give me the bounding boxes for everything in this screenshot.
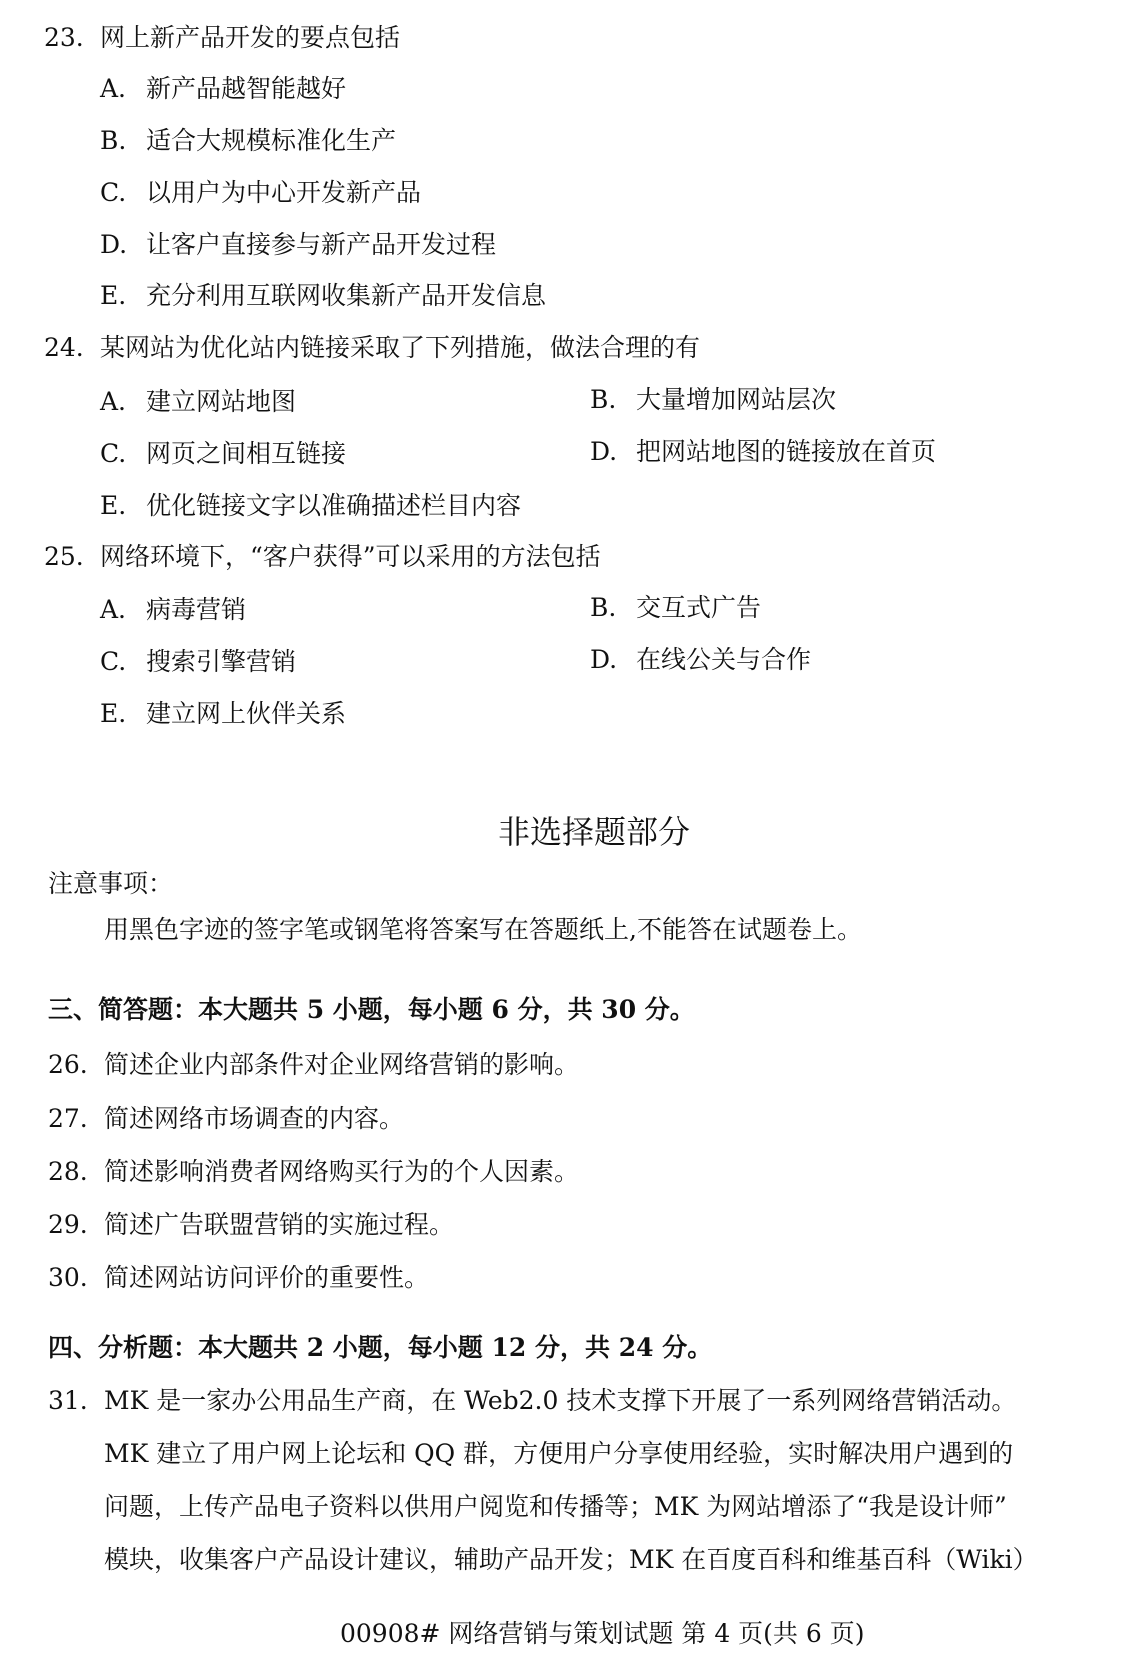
- question-text: 简述影响消费者网络购买行为的个人因素。: [104, 1157, 579, 1186]
- notice-text: 用黑色字迹的签字笔或钢笔将答案写在答题纸上,不能答在试题卷上。: [104, 914, 862, 946]
- option-text: 搜索引擎营销: [146, 647, 296, 676]
- option-text: 建立网站地图: [146, 387, 296, 416]
- option-letter: C.: [100, 177, 146, 209]
- question-26: 26.简述企业内部条件对企业网络营销的影响。: [48, 1049, 579, 1081]
- option-text: 建立网上伙伴关系: [146, 699, 346, 728]
- option-letter: E.: [100, 698, 146, 730]
- option-text: 大量增加网站层次: [636, 385, 836, 414]
- q25-option-b: B.交互式广告: [590, 592, 761, 624]
- q25-option-c: C.搜索引擎营销: [100, 646, 296, 678]
- q23-option-c: C.以用户为中心开发新产品: [100, 177, 421, 209]
- q24-option-b: B.大量增加网站层次: [590, 384, 836, 416]
- question-text: MK 是一家办公用品生产商，在 Web2.0 技术支撑下开展了一系列网络营销活动…: [104, 1386, 1016, 1415]
- question-number: 31.: [48, 1385, 104, 1417]
- q24-option-e: E.优化链接文字以准确描述栏目内容: [100, 490, 521, 522]
- option-letter: C.: [100, 438, 146, 470]
- option-text: 让客户直接参与新产品开发过程: [146, 230, 496, 259]
- short-answer-header: 三、简答题：本大题共 5 小题，每小题 6 分，共 30 分。: [48, 994, 695, 1026]
- option-text: 以用户为中心开发新产品: [146, 178, 421, 207]
- option-letter: E.: [100, 280, 146, 312]
- option-letter: E.: [100, 490, 146, 522]
- question-number: 28.: [48, 1156, 104, 1188]
- q25-option-e: E.建立网上伙伴关系: [100, 698, 346, 730]
- option-letter: A.: [100, 73, 146, 105]
- question-number: 30.: [48, 1262, 104, 1294]
- q23-option-d: D.让客户直接参与新产品开发过程: [100, 229, 496, 261]
- question-31-line-3: 问题，上传产品电子资料以供用户阅览和传播等；MK 为网站增添了“我是设计师”: [104, 1491, 1007, 1523]
- page-footer: 00908# 网络营销与策划试题 第 4 页(共 6 页): [340, 1618, 864, 1650]
- question-27: 27.简述网络市场调查的内容。: [48, 1103, 404, 1135]
- option-text: 新产品越智能越好: [146, 74, 346, 103]
- option-text: 优化链接文字以准确描述栏目内容: [146, 491, 521, 520]
- q24-option-d: D.把网站地图的链接放在首页: [590, 436, 936, 468]
- option-text: 交互式广告: [636, 593, 761, 622]
- option-letter: D.: [590, 436, 636, 468]
- q23-option-b: B.适合大规模标准化生产: [100, 125, 396, 157]
- question-text: 某网站为优化站内链接采取了下列措施，做法合理的有: [100, 333, 700, 362]
- q24-option-c: C.网页之间相互链接: [100, 438, 346, 470]
- option-letter: C.: [100, 646, 146, 678]
- question-31-line-2: MK 建立了用户网上论坛和 QQ 群，方便用户分享使用经验，实时解决用户遇到的: [104, 1438, 1013, 1470]
- question-text: 简述企业内部条件对企业网络营销的影响。: [104, 1050, 579, 1079]
- question-28: 28.简述影响消费者网络购买行为的个人因素。: [48, 1156, 579, 1188]
- option-text: 病毒营销: [146, 595, 246, 624]
- option-letter: A.: [100, 594, 146, 626]
- option-text: 把网站地图的链接放在首页: [636, 437, 936, 466]
- question-number: 25.: [44, 541, 100, 573]
- notice-label: 注意事项：: [48, 868, 173, 900]
- option-text: 在线公关与合作: [636, 645, 811, 674]
- option-text: 适合大规模标准化生产: [146, 126, 396, 155]
- option-text: 网页之间相互链接: [146, 439, 346, 468]
- question-31-line-1: 31.MK 是一家办公用品生产商，在 Web2.0 技术支撑下开展了一系列网络营…: [48, 1385, 1016, 1417]
- question-30: 30.简述网站访问评价的重要性。: [48, 1262, 429, 1294]
- question-number: 27.: [48, 1103, 104, 1135]
- q23-option-e: E.充分利用互联网收集新产品开发信息: [100, 280, 546, 312]
- question-23-stem: 23.网上新产品开发的要点包括: [44, 22, 400, 54]
- option-letter: D.: [590, 644, 636, 676]
- option-letter: A.: [100, 386, 146, 418]
- question-text: 网上新产品开发的要点包括: [100, 23, 400, 52]
- q23-option-a: A.新产品越智能越好: [100, 73, 346, 105]
- question-text: 简述广告联盟营销的实施过程。: [104, 1210, 454, 1239]
- question-number: 29.: [48, 1209, 104, 1241]
- option-letter: B.: [590, 384, 636, 416]
- question-number: 24.: [44, 332, 100, 364]
- q25-option-a: A.病毒营销: [100, 594, 246, 626]
- question-number: 26.: [48, 1049, 104, 1081]
- option-letter: B.: [100, 125, 146, 157]
- option-letter: B.: [590, 592, 636, 624]
- option-text: 充分利用互联网收集新产品开发信息: [146, 281, 546, 310]
- option-letter: D.: [100, 229, 146, 261]
- analysis-header: 四、分析题：本大题共 2 小题，每小题 12 分，共 24 分。: [48, 1332, 712, 1364]
- question-text: 简述网站访问评价的重要性。: [104, 1263, 429, 1292]
- question-text: 网络环境下，“客户获得”可以采用的方法包括: [100, 542, 601, 571]
- section-title: 非选择题部分: [498, 816, 690, 848]
- question-text: 简述网络市场调查的内容。: [104, 1104, 404, 1133]
- question-number: 23.: [44, 22, 100, 54]
- question-24-stem: 24.某网站为优化站内链接采取了下列措施，做法合理的有: [44, 332, 700, 364]
- question-29: 29.简述广告联盟营销的实施过程。: [48, 1209, 454, 1241]
- question-25-stem: 25.网络环境下，“客户获得”可以采用的方法包括: [44, 541, 601, 573]
- q24-option-a: A.建立网站地图: [100, 386, 296, 418]
- question-31-line-4: 模块，收集客户产品设计建议，辅助产品开发；MK 在百度百科和维基百科（Wiki）: [104, 1544, 1038, 1576]
- q25-option-d: D.在线公关与合作: [590, 644, 811, 676]
